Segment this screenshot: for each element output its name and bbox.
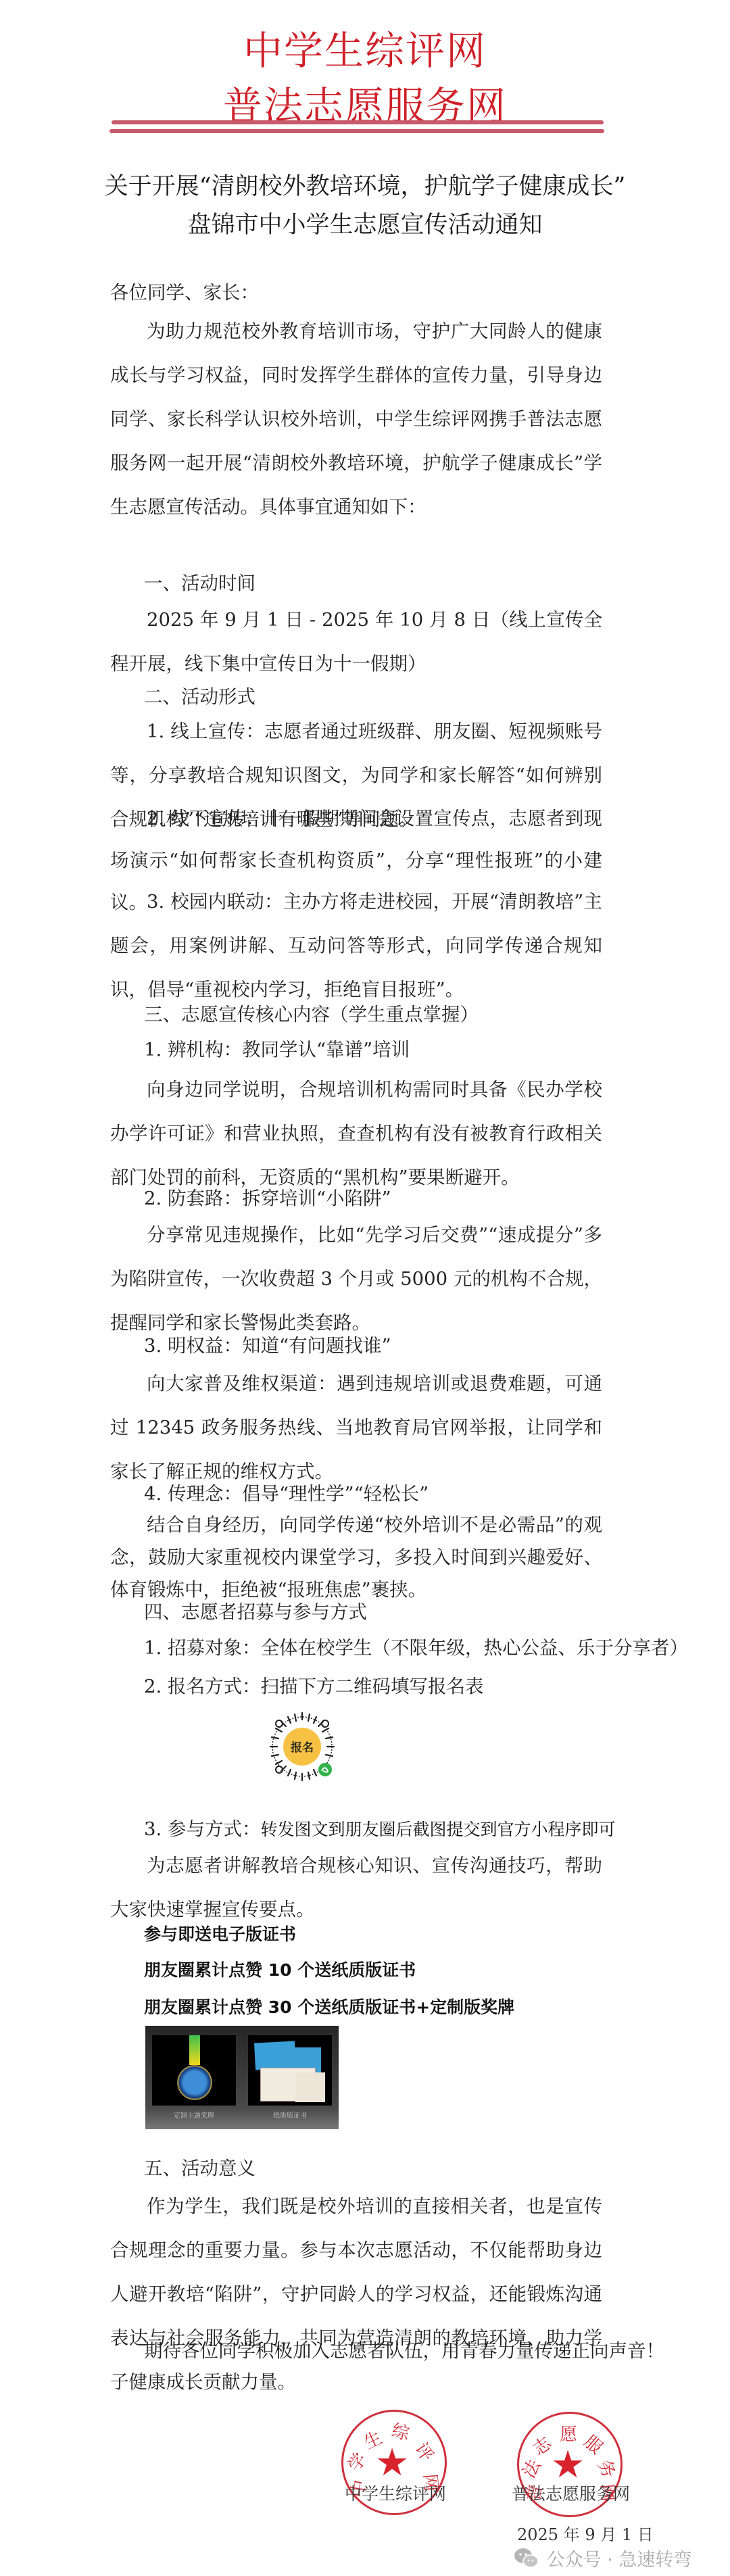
header-rule-bottom — [109, 129, 604, 133]
reward-electronic-certificate: 参与即送电子版证书 — [144, 1921, 296, 1945]
watermark-text: 公众号 · 急速转弯 — [547, 2550, 692, 2571]
watermark: 公众号 · 急速转弯 — [514, 2545, 691, 2575]
format-item-campus: 3. 校园内联动：主办方将走进校园，开展“清朗教培”主题会，用案例讲解、互动问答… — [110, 880, 602, 1012]
salutation: 各位同学、家长： — [110, 277, 259, 304]
core-item-3-title: 3. 明权益：知道“有问题找谁” — [144, 1330, 391, 1357]
qr-code-graphic: 报名 — [262, 1710, 342, 1786]
award-image: 定制主题奖牌 纸质版证书 — [145, 2026, 339, 2129]
header-org-line1: 中学生综评网 — [0, 19, 730, 76]
wechat-icon — [514, 2547, 541, 2575]
core-item-1-title: 1. 辨机构：教同学认“靠谱”培训 — [144, 1034, 410, 1061]
training-description: 为志愿者讲解教培合规核心知识、宣传沟通技巧，帮助大家快速掌握宣传要点。 — [110, 1844, 602, 1932]
core-item-2-title: 2. 防套路：拆穿培训“小陷阱” — [144, 1183, 391, 1210]
reward-certificate-medal: 朋友圈累计点赞 30 个送纸质版证书+定制版奖牌 — [144, 1994, 514, 2018]
signature-date: 2025 年 9 月 1 日 — [517, 2521, 654, 2545]
participate-label: 3. 参与方式： — [144, 1818, 260, 1840]
star-icon: ★ — [375, 2444, 409, 2482]
intro-paragraph: 为助力规范校外教育培训市场，守护广大同龄人的健康成长与学习权益，同时发挥学生群体… — [110, 310, 602, 529]
recruit-target: 1. 招募对象：全体在校学生（不限年级，热心公益、乐于分享者） — [144, 1632, 688, 1659]
certificate-caption: 纸质版证书 — [248, 2110, 332, 2120]
closing-line: 期待各位同学积极加入志愿者队伍，用青春力量传递正向声音！ — [144, 2335, 664, 2362]
notice-title-line2: 盘锦市中小学生志愿宣传活动通知 — [0, 206, 730, 240]
medal-caption: 定制主题奖牌 — [152, 2110, 236, 2120]
participate-detail: 转发图文到朋友圈后截图提交到官方小程序即可 — [260, 1820, 615, 1839]
participate-method: 3. 参与方式：转发图文到朋友圈后截图提交到官方小程序即可 — [144, 1814, 616, 1841]
section-time-body: 2025 年 9 月 1 日 - 2025 年 10 月 8 日（线上宣传全程开… — [110, 598, 602, 686]
section-heading-format: 二、活动形式 — [144, 681, 255, 708]
signup-method: 2. 报名方式：扫描下方二维码填写报名表 — [144, 1671, 483, 1698]
header-rule-top — [112, 120, 604, 124]
certificate-photo — [248, 2035, 332, 2106]
section-heading-recruitment: 四、志愿者招募与参与方式 — [144, 1597, 367, 1624]
core-item-1-body: 向身边同学说明，合规培训机构需同时具备《民办学校办学许可证》和营业执照，查查机构… — [110, 1068, 602, 1200]
signature-right-org: 普法志愿服务网 — [512, 2481, 630, 2505]
core-item-4-body: 结合自身经历，向同学传递“校外培训不是必需品”的观念，鼓励大家重视校内课堂学习，… — [110, 1509, 602, 1606]
significance-body: 作为学生，我们既是校外培训的直接相关者，也是宣传合规理念的重要力量。参与本次志愿… — [110, 2185, 602, 2404]
section-heading-significance: 五、活动意义 — [144, 2153, 255, 2180]
svg-text:报名: 报名 — [291, 1741, 314, 1755]
notice-title-line1: 关于开展“清朗校外教培环境，护航学子健康成长” — [0, 168, 730, 201]
core-item-2-body: 分享常见违规操作，比如“先学习后交费”“速成提分”多为陷阱宣传，一次收费超 3 … — [110, 1213, 602, 1345]
signup-qr-code[interactable]: 报名 — [262, 1710, 342, 1786]
star-icon: ★ — [551, 2446, 585, 2484]
core-item-3-body: 向大家普及维权渠道：遇到违规培训或退费难题，可通过 12345 政务服务热线、当… — [110, 1362, 602, 1494]
core-item-4-title: 4. 传理念：倡导“理性学”“轻松长” — [144, 1478, 429, 1505]
section-heading-core-content: 三、志愿宣传核心内容（学生重点掌握） — [144, 999, 479, 1026]
section-heading-time: 一、活动时间 — [144, 568, 255, 595]
medal-photo — [152, 2035, 236, 2106]
reward-paper-certificate: 朋友圈累计点赞 10 个送纸质版证书 — [144, 1957, 416, 1981]
signature-left-org: 中学生综评网 — [345, 2481, 446, 2505]
